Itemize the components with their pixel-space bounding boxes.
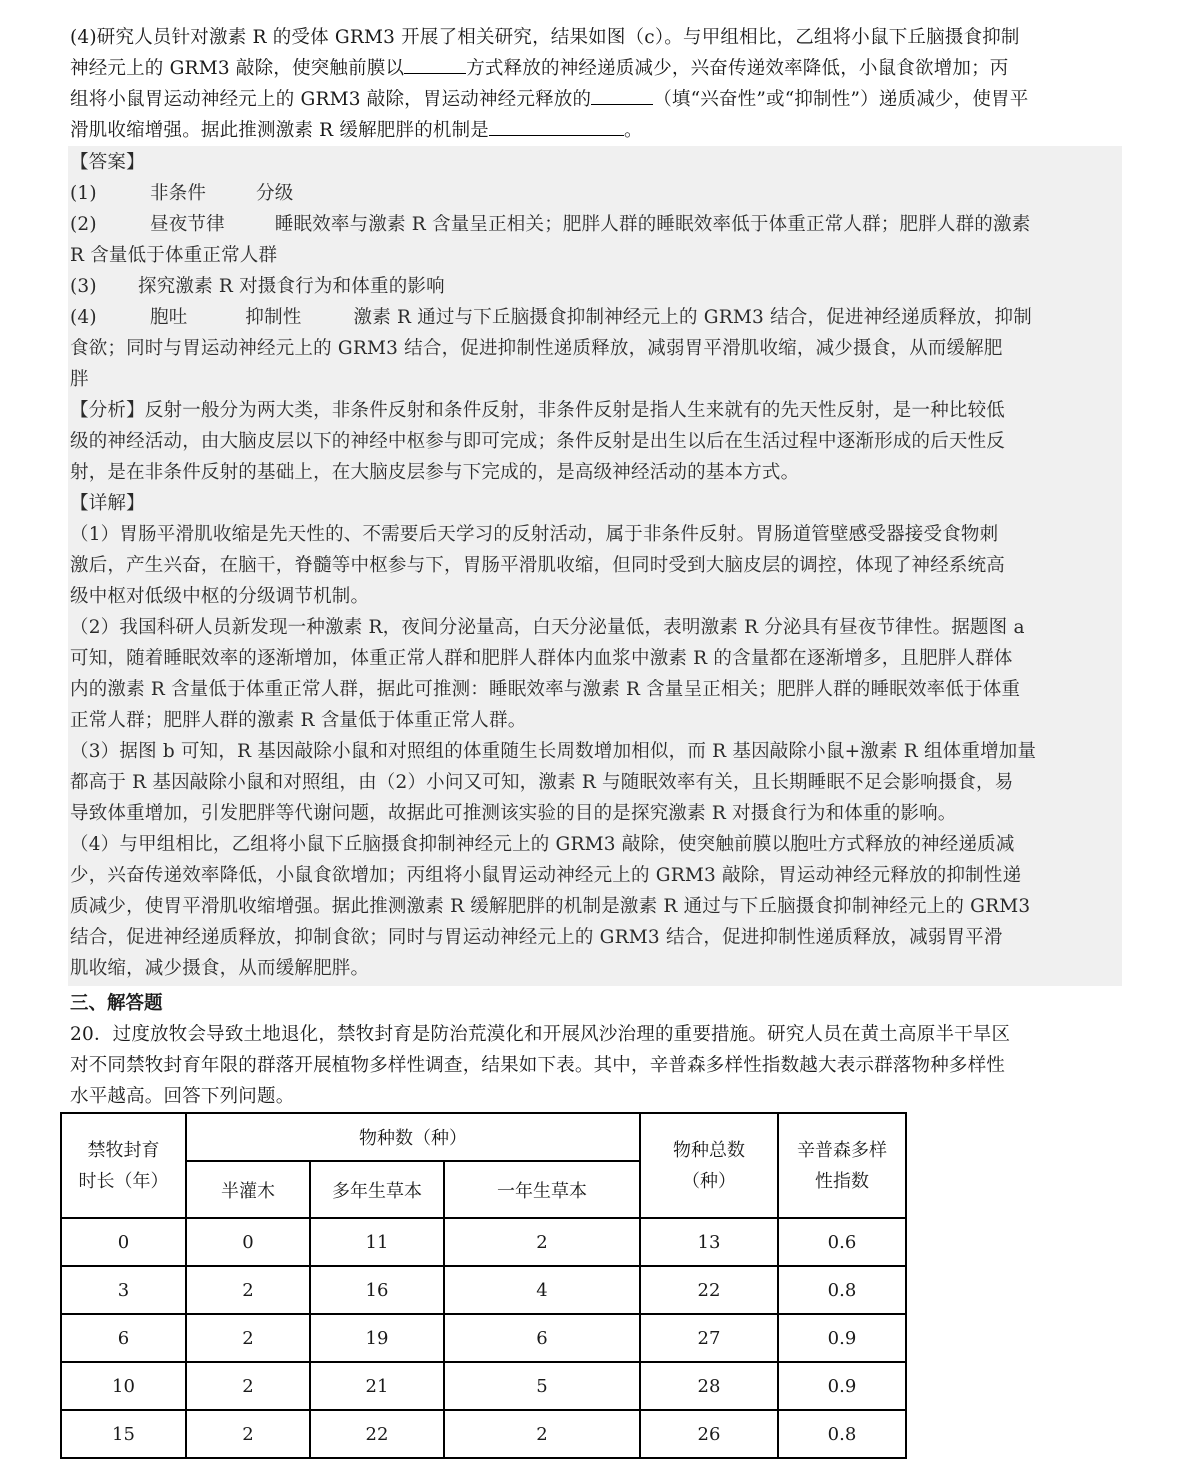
question-20-line: 水平越高。回答下列问题。: [70, 1081, 1120, 1112]
question-text: 滑肌收缩增强。据此推测激素 R 缓解肥胖的机制是: [70, 120, 489, 141]
table-cell: 28: [640, 1362, 778, 1410]
detail-line: 质减少，使胃平滑肌收缩增强。据此推测激素 R 缓解肥胖的机制是激素 R 通过与下…: [70, 891, 1120, 922]
table-cell: 21: [310, 1362, 444, 1410]
fill-blank-1[interactable]: [404, 53, 466, 74]
answer-part: 非条件: [150, 183, 206, 204]
answer-3: (3)探究激素 R 对摄食行为和体重的影响: [70, 271, 1120, 302]
header-text: 时长（年）: [62, 1166, 185, 1197]
detail-line: （2）我国科研人员新发现一种激素 R，夜间分泌量高，白天分泌量低，表明激素 R …: [70, 612, 1120, 643]
answer-1: (1)非条件分级: [70, 178, 1120, 209]
table-cell: 27: [640, 1314, 778, 1362]
table-header-row: 禁牧封育 时长（年） 物种数（种） 物种总数 （种） 辛普森多样 性指数: [61, 1113, 906, 1161]
detail-line: （4）与甲组相比，乙组将小鼠下丘脑摄食抑制神经元上的 GRM3 敲除，使突触前膜…: [70, 829, 1120, 860]
section-title: 三、解答题: [70, 988, 163, 1019]
table-cell: 2: [186, 1362, 310, 1410]
table-cell: 0: [186, 1218, 310, 1266]
table-cell: 0.6: [778, 1218, 906, 1266]
answer-4: (4)胞吐抑制性激素 R 通过与下丘脑摄食抑制神经元上的 GRM3 结合，促进神…: [70, 302, 1120, 333]
answer-4-continued: 食欲；同时与胃运动神经元上的 GRM3 结合，促进抑制性递质释放，减弱胃平滑肌收…: [70, 333, 1120, 364]
header-semi-shrub: 半灌木: [186, 1161, 310, 1218]
question-4-line-1: (4)研究人员针对激素 R 的受体 GRM3 开展了相关研究，结果如图（c）。与…: [70, 22, 1120, 53]
table-cell: 11: [310, 1218, 444, 1266]
answer-part: 抑制性: [245, 307, 301, 328]
table-row: 10 2 21 5 28 0.9: [61, 1362, 906, 1410]
table-cell: 6: [61, 1314, 186, 1362]
detail-line: 少，兴奋传递效率降低，小鼠食欲增加；丙组将小鼠胃运动神经元上的 GRM3 敲除，…: [70, 860, 1120, 891]
question-text: 。: [624, 120, 643, 141]
answer-number: (3): [70, 271, 138, 302]
table-cell: 22: [310, 1410, 444, 1458]
detail-line: 内的激素 R 含量低于体重正常人群，据此可推测：睡眠效率与激素 R 含量呈正相关…: [70, 674, 1120, 705]
table-cell: 5: [444, 1362, 640, 1410]
header-text: （种）: [641, 1166, 777, 1197]
table-cell: 6: [444, 1314, 640, 1362]
answer-part: 睡眠效率与激素 R 含量呈正相关；肥胖人群的睡眠效率低于体重正常人群；肥胖人群的…: [275, 214, 1031, 235]
detail-line: 肌收缩，减少摄食，从而缓解肥胖。: [70, 953, 1120, 984]
detail-line: （1）胃肠平滑肌收缩是先天性的、不需要后天学习的反射活动，属于非条件反射。胃肠道…: [70, 519, 1120, 550]
table-cell: 4: [444, 1266, 640, 1314]
header-annual-herb: 一年生草本: [444, 1161, 640, 1218]
table-cell: 0.8: [778, 1410, 906, 1458]
question-text: 方式释放的神经递质减少，兴奋传递效率降低，小鼠食欲增加；丙: [466, 58, 1008, 79]
question-4-line-2: 神经元上的 GRM3 敲除，使突触前膜以方式释放的神经递质减少，兴奋传递效率降低…: [70, 53, 1120, 84]
detail-line: 结合，促进神经递质释放，抑制食欲；同时与胃运动神经元上的 GRM3 结合，促进抑…: [70, 922, 1120, 953]
table-cell: 0: [61, 1218, 186, 1266]
analysis-line-3: 射，是在非条件反射的基础上，在大脑皮层参与下完成的，是高级神经活动的基本方式。: [70, 457, 1120, 488]
question-20-line: 对不同禁牧封育年限的群落开展植物多样性调查，结果如下表。其中，辛普森多样性指数越…: [70, 1050, 1120, 1081]
table-cell: 13: [640, 1218, 778, 1266]
table-cell: 22: [640, 1266, 778, 1314]
answer-block: 【答案】 (1)非条件分级 (2)昼夜节律睡眠效率与激素 R 含量呈正相关；肥胖…: [70, 147, 1120, 984]
table-row: 0 0 11 2 13 0.6: [61, 1218, 906, 1266]
table-cell: 2: [444, 1218, 640, 1266]
table-cell: 19: [310, 1314, 444, 1362]
answer-part: 激素 R 通过与下丘脑摄食抑制神经元上的 GRM3 结合，促进神经递质释放，抑制: [354, 307, 1032, 328]
answer-number: (2): [70, 209, 150, 240]
answer-part: 分级: [256, 183, 293, 204]
answer-part: 胞吐: [150, 307, 187, 328]
header-text: 辛普森多样: [779, 1135, 905, 1166]
grazing-species-table: 禁牧封育 时长（年） 物种数（种） 物种总数 （种） 辛普森多样 性指数 半灌木…: [60, 1112, 907, 1459]
detail-line: 可知，随着睡眠效率的逐渐增加，体重正常人群和肥胖人群体内血浆中激素 R 的含量都…: [70, 643, 1120, 674]
answer-heading: 【答案】: [70, 147, 1120, 178]
question-4-line-3: 组将小鼠胃运动神经元上的 GRM3 敲除，胃运动神经元释放的（填“兴奋性”或“抑…: [70, 84, 1120, 115]
header-simpson-index: 辛普森多样 性指数: [778, 1113, 906, 1218]
detail-line: 激后，产生兴奋，在脑干，脊髓等中枢参与下，胃肠平滑肌收缩，但同时受到大脑皮层的调…: [70, 550, 1120, 581]
table-cell: 2: [444, 1410, 640, 1458]
header-perennial-herb: 多年生草本: [310, 1161, 444, 1218]
table-cell: 3: [61, 1266, 186, 1314]
fill-blank-2[interactable]: [591, 84, 653, 105]
question-4: (4)研究人员针对激素 R 的受体 GRM3 开展了相关研究，结果如图（c）。与…: [70, 22, 1120, 146]
table-cell: 0.9: [778, 1362, 906, 1410]
answer-2: (2)昼夜节律睡眠效率与激素 R 含量呈正相关；肥胖人群的睡眠效率低于体重正常人…: [70, 209, 1120, 240]
header-duration: 禁牧封育 时长（年）: [61, 1113, 186, 1218]
table-cell: 0.8: [778, 1266, 906, 1314]
header-species-count: 物种数（种）: [186, 1113, 640, 1161]
question-4-line-4: 滑肌收缩增强。据此推测激素 R 缓解肥胖的机制是。: [70, 115, 1120, 146]
table-cell: 2: [186, 1410, 310, 1458]
answer-2-continued: R 含量低于体重正常人群: [70, 240, 1120, 271]
detail-line: 级中枢对低级中枢的分级调节机制。: [70, 581, 1120, 612]
question-text: （填“兴奋性”或“抑制性”）递质减少，使胃平: [653, 89, 1028, 110]
table-cell: 2: [186, 1314, 310, 1362]
detail-line: 导致体重增加，引发肥胖等代谢问题，故据此可推测该实验的目的是探究激素 R 对摄食…: [70, 798, 1120, 829]
detail-line: （3）据图 b 可知，R 基因敲除小鼠和对照组的体重随生长周数增加相似，而 R …: [70, 736, 1120, 767]
answer-part: 昼夜节律: [150, 214, 225, 235]
answer-number: (1): [70, 178, 150, 209]
header-total-species: 物种总数 （种）: [640, 1113, 778, 1218]
answer-part: 探究激素 R 对摄食行为和体重的影响: [138, 276, 445, 297]
table-cell: 15: [61, 1410, 186, 1458]
question-text: (4)研究人员针对激素 R 的受体 GRM3 开展了相关研究，结果如图（c）。与…: [70, 27, 1020, 48]
table-row: 15 2 22 2 26 0.8: [61, 1410, 906, 1458]
header-text: 物种总数: [641, 1135, 777, 1166]
table-cell: 10: [61, 1362, 186, 1410]
question-text: 组将小鼠胃运动神经元上的 GRM3 敲除，胃运动神经元释放的: [70, 89, 591, 110]
detail-line: 正常人群；肥胖人群的激素 R 含量低于体重正常人群。: [70, 705, 1120, 736]
table-cell: 2: [186, 1266, 310, 1314]
analysis-line-1: 【分析】反射一般分为两大类，非条件反射和条件反射，非条件反射是指人生来就有的先天…: [70, 395, 1120, 426]
table-row: 3 2 16 4 22 0.8: [61, 1266, 906, 1314]
answer-number: (4): [70, 302, 150, 333]
answer-4-continued-2: 胖: [70, 364, 1120, 395]
analysis-line-2: 级的神经活动，由大脑皮层以下的神经中枢参与即可完成；条件反射是出生以后在生活过程…: [70, 426, 1120, 457]
header-text: 禁牧封育: [62, 1135, 185, 1166]
header-text: 性指数: [779, 1166, 905, 1197]
question-text: 神经元上的 GRM3 敲除，使突触前膜以: [70, 58, 404, 79]
table-cell: 0.9: [778, 1314, 906, 1362]
detail-line: 都高于 R 基因敲除小鼠和对照组，由（2）小问又可知，激素 R 与随眠效率有关，…: [70, 767, 1120, 798]
detail-heading: 【详解】: [70, 488, 1120, 519]
table-cell: 26: [640, 1410, 778, 1458]
fill-blank-3[interactable]: [489, 115, 624, 136]
question-20: 20．过度放牧会导致土地退化，禁牧封育是防治荒漠化和开展风沙治理的重要措施。研究…: [70, 1019, 1120, 1112]
table-cell: 16: [310, 1266, 444, 1314]
question-20-line: 20．过度放牧会导致土地退化，禁牧封育是防治荒漠化和开展风沙治理的重要措施。研究…: [70, 1019, 1120, 1050]
table-row: 6 2 19 6 27 0.9: [61, 1314, 906, 1362]
